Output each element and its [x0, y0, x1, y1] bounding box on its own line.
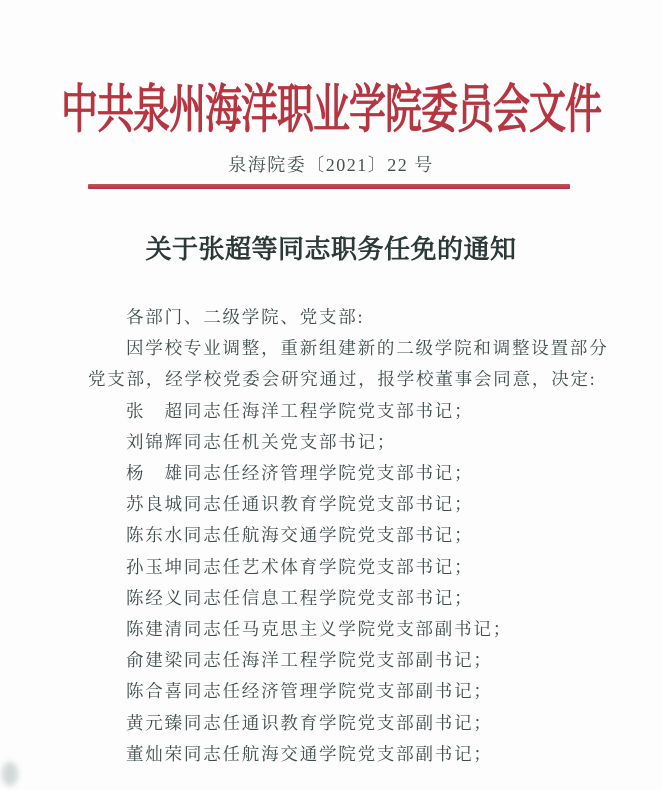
- appointment-line: 陈合喜同志任经济管理学院党支部副书记；: [88, 676, 588, 707]
- appointment-line: 陈东水同志任航海交通学院党支部书记；: [88, 520, 588, 551]
- appointment-line: 黄元臻同志任通识教育学院党支部副书记；: [88, 708, 588, 739]
- appointment-line: 苏良城同志任通识教育学院党支部书记；: [88, 489, 588, 520]
- document-number: 泉海院委〔2021〕22 号: [0, 151, 662, 177]
- appointment-line: 张 超同志任海洋工程学院党支部书记；: [88, 396, 588, 427]
- salutation-line: 各部门、二级学院、党支部:: [88, 302, 588, 333]
- appointment-line: 董灿荣同志任航海交通学院党支部副书记；: [88, 739, 588, 770]
- document-body: 各部门、二级学院、党支部: 因学校专业调整，重新组建新的二级学院和调整设置部分 …: [88, 302, 588, 770]
- document-title: 关于张超等同志职务任免的通知: [0, 229, 662, 266]
- appointment-line: 杨 雄同志任经济管理学院党支部书记；: [88, 458, 588, 489]
- document-page: 中共泉州海洋职业学院委员会文件 泉海院委〔2021〕22 号 关于张超等同志职务…: [0, 0, 662, 790]
- letterhead-org-title: 中共泉州海洋职业学院委员会文件: [0, 66, 662, 143]
- letterhead-divider-line: [88, 184, 570, 189]
- appointment-line: 陈经义同志任信息工程学院党支部书记；: [88, 583, 588, 614]
- appointment-line: 孙玉坤同志任艺术体育学院党支部书记；: [88, 552, 588, 583]
- scan-artifact-smudge: [2, 762, 18, 786]
- intro-line: 因学校专业调整，重新组建新的二级学院和调整设置部分: [88, 333, 588, 364]
- appointment-line: 陈建清同志任马克思主义学院党支部副书记；: [88, 614, 588, 645]
- appointment-line: 俞建梁同志任海洋工程学院党支部副书记；: [88, 645, 588, 676]
- intro-line: 党支部，经学校党委会研究通过，报学校董事会同意，决定:: [88, 364, 588, 395]
- appointment-line: 刘锦辉同志任机关党支部书记；: [88, 427, 588, 458]
